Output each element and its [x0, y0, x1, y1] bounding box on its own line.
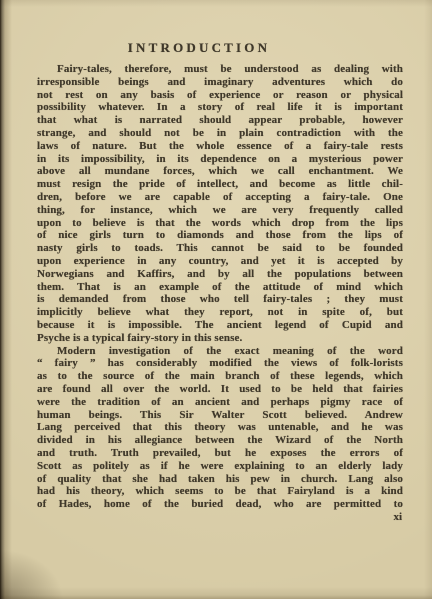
- text-line: them. That is an example of the attitude…: [37, 281, 403, 294]
- text-line: Norwegians and Kaffirs, and by all the p…: [37, 268, 403, 281]
- text-line: that what is narrated should appear prob…: [37, 114, 403, 127]
- book-page-scan: INTRODUCTION Fairy-tales, therefore, mus…: [0, 0, 432, 599]
- text-line: divided in his allegiance between the Wi…: [37, 434, 403, 447]
- text-line: because it is impossible. The ancient le…: [37, 319, 403, 332]
- text-line: thing, for instance, which we are very f…: [37, 204, 403, 217]
- paragraph-2: Modern investigation of the exact meanin…: [37, 345, 403, 511]
- text-line: Modern investigation of the exact meanin…: [37, 345, 403, 358]
- text-line: is demanded from those who tell fairy-ta…: [37, 293, 403, 306]
- text-line: are found all over the world. It used to…: [37, 383, 403, 396]
- text-line: Fairy-tales, therefore, must be understo…: [37, 63, 403, 76]
- text-line: nasty girls to toads. This cannot be sai…: [37, 242, 403, 255]
- text-line: laws of nature. But the whole essence of…: [37, 140, 403, 153]
- text-line: of nice girls turn to diamonds and those…: [37, 229, 403, 242]
- text-line: “ fairy ” has considerably modified the …: [37, 357, 403, 370]
- text-line: implicitly believe what they report, not…: [37, 306, 403, 319]
- text-line: upon experience in any country, and yet …: [37, 255, 403, 268]
- page-body: Fairy-tales, therefore, must be understo…: [37, 63, 403, 511]
- text-line: possibility whatever. In a story of real…: [37, 101, 403, 114]
- paragraph-1: Fairy-tales, therefore, must be understo…: [37, 63, 403, 345]
- text-line: must resign the pride of intellect, and …: [37, 178, 403, 191]
- text-line: above all mundane forces, which we call …: [37, 165, 403, 178]
- text-line: Lang perceived that this theory was unte…: [37, 421, 403, 434]
- scan-edge-shadow: [0, 0, 12, 599]
- text-line: were the tradition of an ancient and per…: [37, 396, 403, 409]
- text-line: dren, before we are capable of accepting…: [37, 191, 403, 204]
- page-number: xi: [37, 511, 403, 524]
- text-line: irresponsible beings and imaginary adven…: [37, 76, 403, 89]
- text-line: and truth. Truth prevailed, but he expos…: [37, 447, 403, 460]
- text-line: of quality that she had taken his pew in…: [37, 473, 403, 486]
- text-line: as to the source of the main branch of t…: [37, 370, 403, 383]
- text-line: strange, and should not be in plain cont…: [37, 127, 403, 140]
- text-line: human beings. This Sir Walter Scott beli…: [37, 409, 403, 422]
- text-line: in its impossibility, in its dependence …: [37, 153, 403, 166]
- page-content: INTRODUCTION Fairy-tales, therefore, mus…: [37, 41, 403, 524]
- text-line: Psyche is a typical fairy-story in this …: [37, 332, 403, 345]
- text-line: not rest on any basis of experience or r…: [37, 89, 403, 102]
- text-line: upon to believe is that the words which …: [37, 217, 403, 230]
- page-title: INTRODUCTION: [16, 41, 382, 54]
- text-line: had his theory, which seems to be that F…: [37, 485, 403, 498]
- text-line: of Hades, home of the buried dead, who a…: [37, 498, 403, 511]
- text-line: Scott as politely as if he were explaini…: [37, 460, 403, 473]
